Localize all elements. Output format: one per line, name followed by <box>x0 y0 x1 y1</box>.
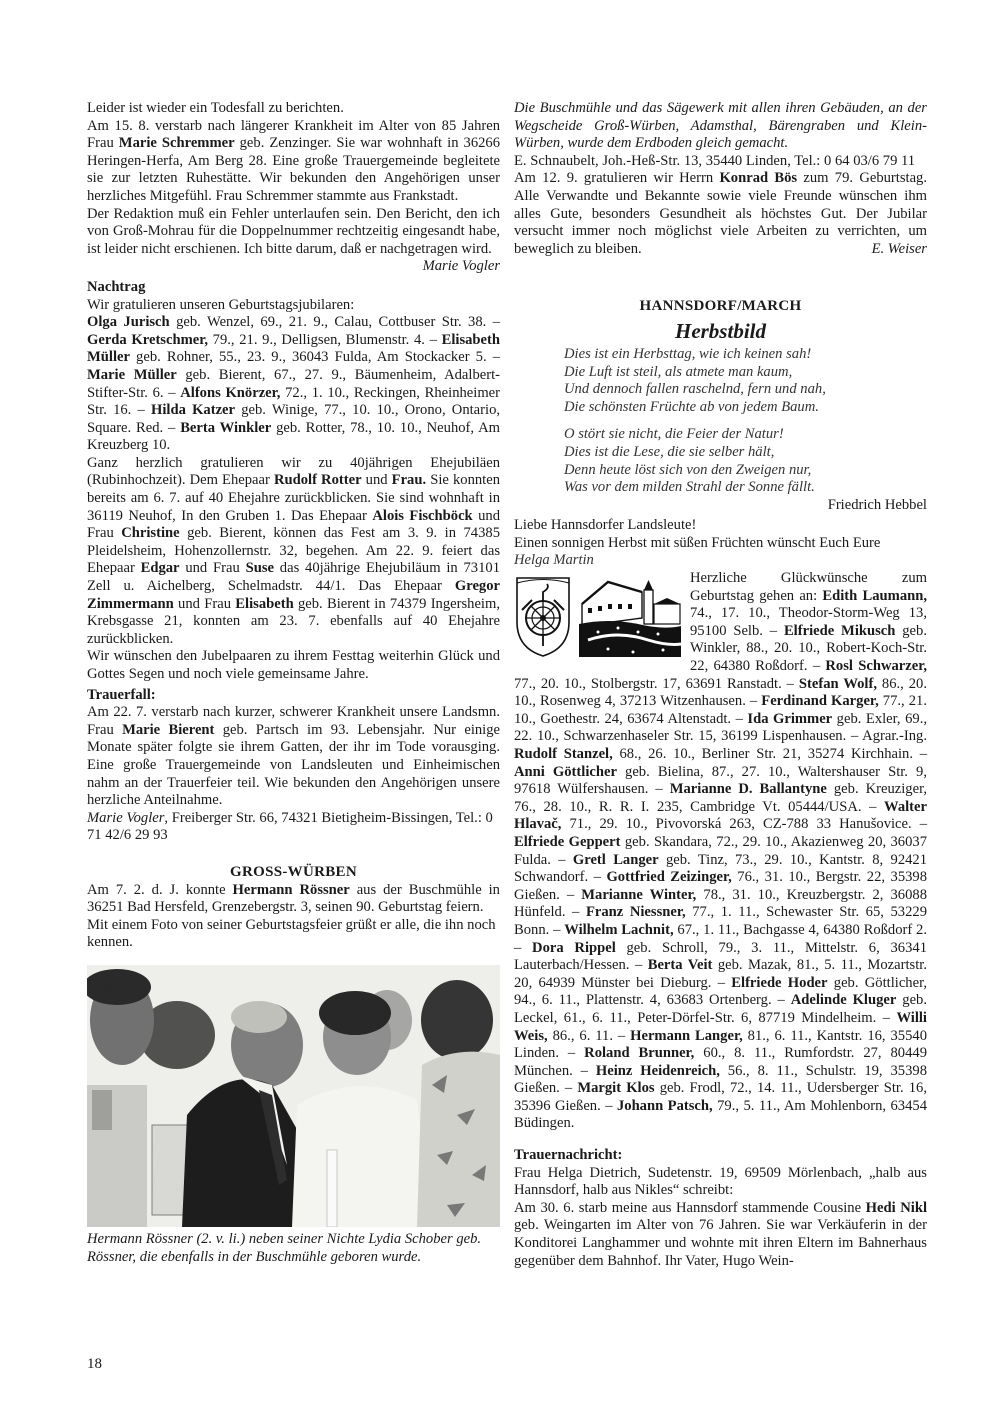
photo-caption: Hermann Rössner (2. v. li.) neben seiner… <box>87 1231 500 1266</box>
person-name: Johann Patsch, <box>617 1098 713 1114</box>
person-name: Dora Rippel <box>532 940 616 956</box>
trauernachricht-heading: Trauernachricht: <box>514 1147 927 1165</box>
anniversaries: Ganz herzlich gratulieren wir zu 40jähri… <box>87 455 500 649</box>
person-name: Marianne Winter, <box>581 887 696 903</box>
poem-line: Und dennoch fallen raschelnd, fern und n… <box>564 381 927 399</box>
intro-line: Leider ist wieder ein Todesfall zu beric… <box>87 100 500 118</box>
left-column: Leider ist wieder ein Todesfall zu beric… <box>87 100 500 1266</box>
person-name: Hermann Langer, <box>630 1028 743 1044</box>
poem-stanza: O stört sie nicht, die Feier der Natur!D… <box>564 426 927 496</box>
person-name: Berta Winkler <box>180 420 271 436</box>
editorial-note: Der Redaktion muß ein Fehler unterlaufen… <box>87 206 500 259</box>
birthday-party-photo <box>87 965 500 1227</box>
roessner-birthday: Am 7. 2. d. J. konnte Hermann Rössner au… <box>87 882 500 917</box>
photo-illustration <box>87 965 500 1227</box>
trauerfall-signature: Marie Vogler, Freiberger Str. 66, 74321 … <box>87 810 500 845</box>
person-name: Edith Laumann, <box>822 588 927 604</box>
trauernachricht-text: Am 30. 6. starb meine aus Hannsdorf stam… <box>514 1200 927 1270</box>
person-name: Roland Brunner, <box>584 1045 694 1061</box>
person-name: Berta Veit <box>648 957 713 973</box>
person-name: Stefan Wolf, <box>799 676 877 692</box>
hannsdorf-images <box>514 574 682 658</box>
poem-author: Friedrich Hebbel <box>514 497 927 515</box>
person-details: geb. Wenzel, 69., 21. 9., Calau, Cottbus… <box>170 314 500 330</box>
autumn-wish: Einen sonnigen Herbst mit süßen Früchten… <box>514 535 927 553</box>
nachtrag-intro: Wir gratulieren unseren Geburtstagsjubil… <box>87 297 500 315</box>
person-details: 79., 21. 9., Delligsen, Blumenstr. 4. – <box>208 332 442 348</box>
person-name: Franz Niessner, <box>586 904 686 920</box>
person-name: Adelinde Kluger <box>791 992 897 1008</box>
person-name: Olga Jurisch <box>87 314 170 330</box>
anniversary-wishes: Wir wünschen den Jubelpaaren zu ihrem Fe… <box>87 648 500 683</box>
nachtrag-birthdays: Olga Jurisch geb. Wenzel, 69., 21. 9., C… <box>87 314 500 455</box>
person-details: 77., 20. 10., Stolbergstr. 17, 63691 Ran… <box>514 676 799 692</box>
obituary-schremmer: Am 15. 8. verstarb nach längerer Krankhe… <box>87 118 500 206</box>
wish-signature: Helga Martin <box>514 552 927 570</box>
person-name: Gretl Langer <box>573 852 659 868</box>
person-name: Ida Grimmer <box>747 711 832 727</box>
buschmuehle-quote: Die Buschmühle und das Sägewerk mit alle… <box>514 100 927 153</box>
poem-line: Dies ist ein Herbsttag, wie ich keinen s… <box>564 346 927 364</box>
poem-line: Denn heute löst sich von den Zweigen nur… <box>564 462 927 480</box>
person-name: Wilhelm Lachnit, <box>564 922 673 938</box>
boes-birthday: Am 12. 9. gratulieren wir Herrn Konrad B… <box>514 170 927 258</box>
person-name: Heinz Heidenreich, <box>596 1063 720 1079</box>
poem-line: Die Luft ist steil, als atmete man kaum, <box>564 364 927 382</box>
section-title-hannsdorf: HANNSDORF/MARCH <box>514 298 927 316</box>
photo-note: Mit einem Foto von seiner Geburtstagsfei… <box>87 917 500 952</box>
person-name: Marianne D. Ballantyne <box>670 781 827 797</box>
poem-line: Dies ist die Lese, die sie selber hält, <box>564 444 927 462</box>
person-details: 71., 29. 10., Pivovorská 263, CZ-788 33 … <box>561 816 927 832</box>
person-name: Rosl Schwarzer, <box>825 658 927 674</box>
greeting: Liebe Hannsdorfer Landsleute! <box>514 517 927 535</box>
poem-title: Herbstbild <box>514 318 927 344</box>
schnaubelt-contact: E. Schnaubelt, Joh.-Heß-Str. 13, 35440 L… <box>514 153 927 171</box>
trauerfall-text: Am 22. 7. verstarb nach kurzer, schwerer… <box>87 704 500 810</box>
poem: Dies ist ein Herbsttag, wie ich keinen s… <box>564 346 927 497</box>
person-name: Elfriede Hoder <box>731 975 827 991</box>
person-name: Ferdinand Karger, <box>761 693 878 709</box>
poem-line: Die schönsten Früchte ab von jedem Baum. <box>564 399 927 417</box>
page-number: 18 <box>87 1356 102 1373</box>
section-title-gross-wuerben: GROSS-WÜRBEN <box>87 864 500 882</box>
signature: E. Weiser <box>872 241 927 259</box>
person-details: geb. Rohner, 55., 23. 9., 36043 Fulda, A… <box>130 349 500 365</box>
right-column: Die Buschmühle und das Sägewerk mit alle… <box>514 100 927 1270</box>
person-name: Hilda Katzer <box>151 402 235 418</box>
hannsdorf-birthdays: Herzliche Glückwünsche zum Geburtstag ge… <box>514 570 927 1133</box>
poem-line: Was vor dem milden Strahl der Sonne fäll… <box>564 479 927 497</box>
person-name: Alfons Knörzer, <box>180 385 280 401</box>
person-name: Gerda Kretschmer, <box>87 332 208 348</box>
person-name: Rudolf Stanzel, <box>514 746 613 762</box>
person-name: Anni Göttlicher <box>514 764 617 780</box>
coat-of-arms-icon <box>514 574 572 658</box>
poem-stanza: Dies ist ein Herbsttag, wie ich keinen s… <box>564 346 927 416</box>
person-details: 86., 6. 11. – <box>548 1028 630 1044</box>
person-details: 68., 26. 10., Berliner Str. 21, 35274 Ki… <box>613 746 927 762</box>
person-name: Marie Müller <box>87 367 177 383</box>
signature: Marie Vogler <box>423 258 500 276</box>
nachtrag-heading: Nachtrag <box>87 279 500 297</box>
scan-speck <box>18 6 28 16</box>
person-name: Elfriede Mikusch <box>784 623 895 639</box>
person-name: Gottfried Zeizinger, <box>606 869 731 885</box>
trauerfall-heading: Trauerfall: <box>87 687 500 705</box>
poem-line: O stört sie nicht, die Feier der Natur! <box>564 426 927 444</box>
person-name: Margit Klos <box>577 1080 654 1096</box>
trauernachricht-intro: Frau Helga Dietrich, Sudetenstr. 19, 695… <box>514 1165 927 1200</box>
castle-illustration-icon <box>578 574 682 658</box>
person-name: Elfriede Geppert <box>514 834 621 850</box>
person-name: Marie Schremmer <box>119 135 235 151</box>
